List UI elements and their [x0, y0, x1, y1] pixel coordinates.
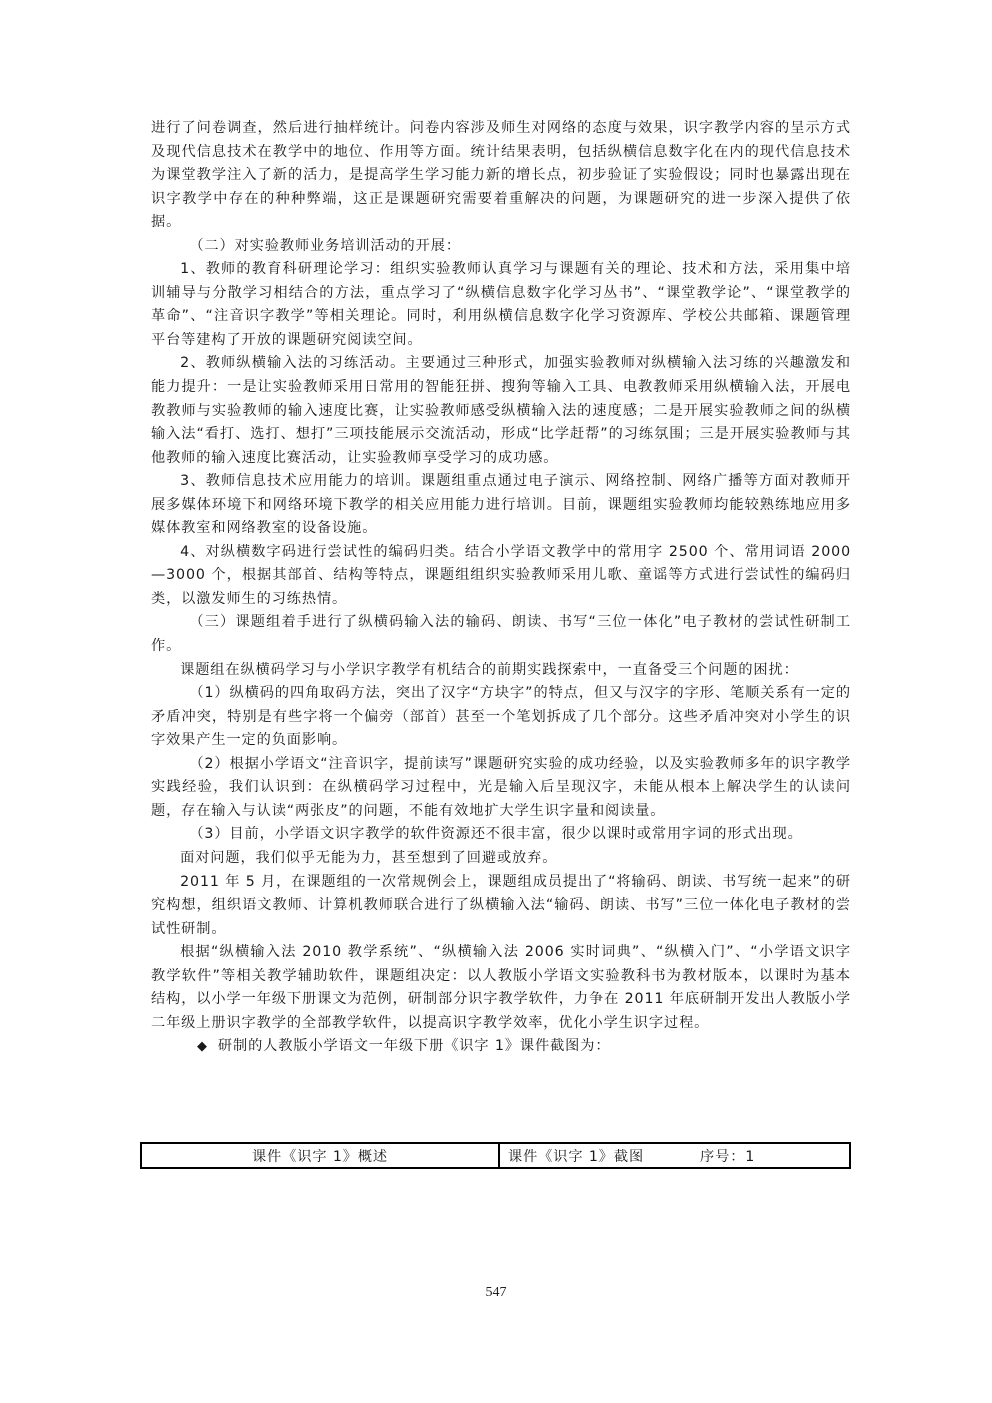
paragraph-software-decision: 根据“纵横输入法 2010 教学系统”、“纵横输入法 2006 实时词典”、“纵…: [151, 941, 851, 1035]
screenshot-label: 课件《识字 1》截图: [508, 1149, 644, 1165]
table-cell-screenshot: 课件《识字 1》截图序号：1: [499, 1143, 850, 1168]
bullet-text: 研制的人教版小学语文一年级下册《识字 1》课件截图为：: [218, 1038, 611, 1054]
paragraph-facing-problems: 面对问题，我们似乎无能为力，甚至想到了回避或放弃。: [151, 847, 851, 871]
paragraph-problem-3: （3）目前，小学语文识字教学的软件资源还不很丰富，很少以课时或常用字词的形式出现…: [151, 823, 851, 847]
courseware-table: 课件《识字 1》概述 课件《识字 1》截图序号：1: [140, 1142, 851, 1169]
paragraph-it-training: 3、教师信息技术应用能力的培训。课题组重点通过电子演示、网络控制、网络广播等方面…: [151, 470, 851, 541]
page-number: 547: [0, 1285, 992, 1301]
paragraph-three-problems-intro: 课题组在纵横码学习与小学识字教学有机结合的前期实践探索中，一直备受三个问题的困扰…: [151, 659, 851, 683]
paragraph-input-practice: 2、教师纵横输入法的习练活动。主要通过三种形式，加强实验教师对纵横输入法习练的兴…: [151, 352, 851, 470]
paragraph-may-2011-meeting: 2011 年 5 月，在课题组的一次常规例会上，课题组成员提出了“将输码、朗读、…: [151, 871, 851, 942]
table-cell-overview: 课件《识字 1》概述: [141, 1143, 499, 1168]
paragraph-coding-classification: 4、对纵横数字码进行尝试性的编码归类。结合小学语文教学中的常用字 2500 个、…: [151, 541, 851, 612]
bullet-item-screenshot-intro: ◆研制的人教版小学语文一年级下册《识字 1》课件截图为：: [151, 1035, 851, 1059]
section-heading-ebook-development: （三）课题组着手进行了纵横码输入法的输码、朗读、书写“三位一体化”电子教材的尝试…: [151, 611, 851, 658]
table-row: 课件《识字 1》概述 课件《识字 1》截图序号：1: [141, 1143, 850, 1168]
paragraph-problem-1: （1）纵横码的四角取码方法，突出了汉字“方块字”的特点，但又与汉字的字形、笔顺关…: [151, 682, 851, 753]
section-heading-teacher-training: （二）对实验教师业务培训活动的开展：: [151, 235, 851, 259]
paragraph-problem-2: （2）根据小学语文“注音识字，提前读写”课题研究实验的成功经验，以及实验教师多年…: [151, 753, 851, 824]
paragraph-survey-results: 进行了问卷调查，然后进行抽样统计。问卷内容涉及师生对网络的态度与效果，识字教学内…: [151, 117, 851, 235]
sequence-number: 序号：1: [700, 1149, 755, 1165]
paragraph-theory-study: 1、教师的教育科研理论学习：组织实验教师认真学习与课题有关的理论、技术和方法，采…: [151, 258, 851, 352]
diamond-bullet-icon: ◆: [197, 1035, 208, 1059]
document-body: 进行了问卷调查，然后进行抽样统计。问卷内容涉及师生对网络的态度与效果，识字教学内…: [151, 117, 851, 1059]
